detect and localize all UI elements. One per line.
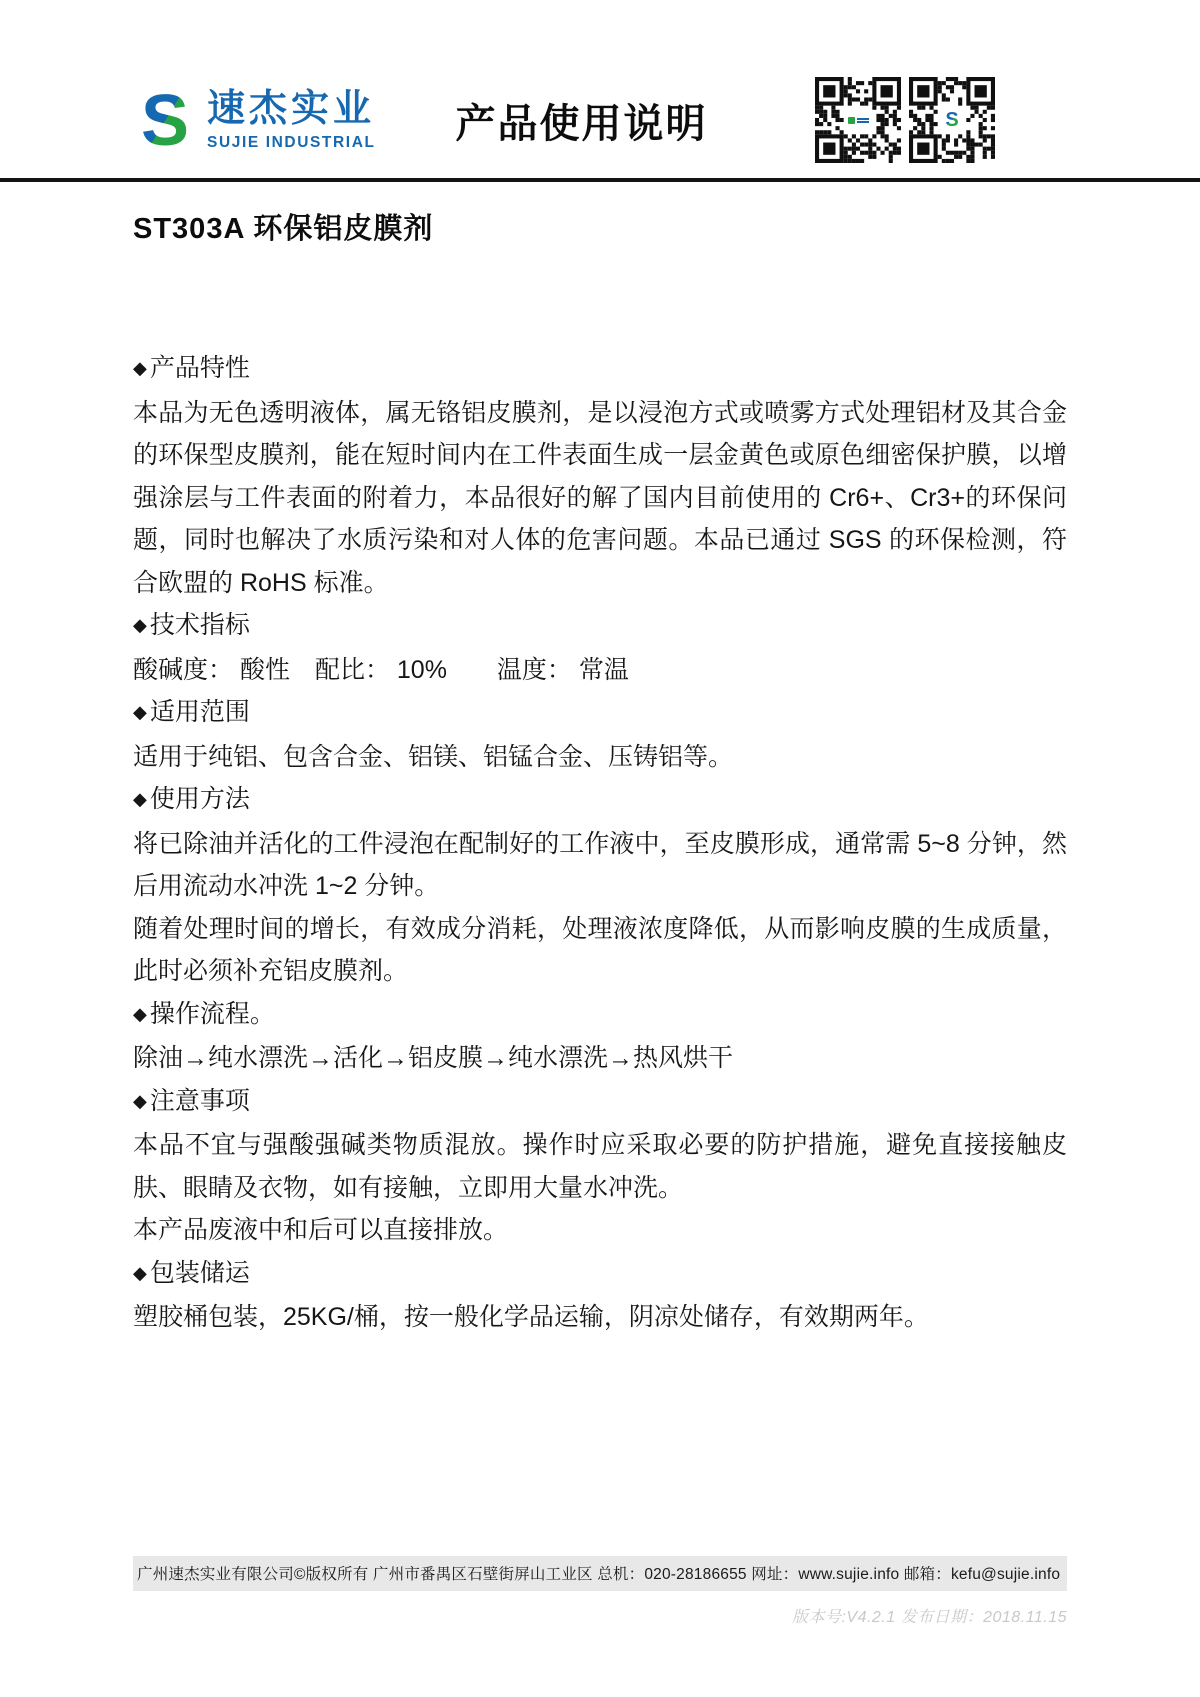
qr-center-s-mark-icon: S	[940, 108, 964, 132]
paragraph: 酸碱度： 酸性 配比： 10% 温度： 常温	[133, 649, 1067, 692]
svg-text:S: S	[141, 85, 189, 155]
section-heading-text: 技术指标	[150, 611, 250, 639]
brand-name-chinese: 速杰实业	[207, 90, 376, 130]
paragraph: 随着处理时间的增长，有效成分消耗，处理液浓度降低，从而影响皮膜的生成质量，此时必…	[133, 908, 1067, 993]
paragraph: 塑胶桶包装，25KG/桶，按一般化学品运输，阴凉处储存，有效期两年。	[133, 1296, 1067, 1339]
section-heading-operation-process: ◆操作流程。	[133, 993, 1067, 1038]
qr-center-logo-badge	[845, 112, 871, 128]
page-header: S 速杰实业 SUJIE INDUSTRIAL 产品使用说明 S	[0, 0, 1200, 182]
badge-text-lines-icon	[857, 118, 869, 123]
paragraph: 本品不宜与强酸强碱类物质混放。操作时应采取必要的防护措施，避免直接接触皮肤、眼睛…	[133, 1124, 1067, 1209]
brand-name-english: SUJIE INDUSTRIAL	[207, 135, 376, 151]
diamond-bullet-icon: ◆	[133, 1091, 147, 1111]
badge-green-dot-icon	[848, 117, 855, 124]
footer-company-bar: 广州速杰实业有限公司©版权所有 广州市番禺区石壁街屏山工业区 总机：020-28…	[133, 1556, 1067, 1591]
section-heading-usage-method: ◆使用方法	[133, 778, 1067, 823]
document-page: S 速杰实业 SUJIE INDUSTRIAL 产品使用说明 S	[0, 0, 1200, 1697]
logo-wordmark: 速杰实业 SUJIE INDUSTRIAL	[207, 90, 376, 150]
diamond-bullet-icon: ◆	[133, 702, 147, 722]
qr-code-group: S	[815, 77, 995, 163]
section-heading-text: 注意事项	[150, 1087, 250, 1115]
diamond-bullet-icon: ◆	[133, 789, 147, 809]
page-title: 产品使用说明	[388, 92, 815, 149]
diamond-bullet-icon: ◆	[133, 358, 147, 378]
product-title: ST303A 环保铝皮膜剂	[133, 206, 1067, 247]
paragraph: 本产品废液中和后可以直接排放。	[133, 1209, 1067, 1252]
section-heading-text: 操作流程。	[150, 1000, 275, 1028]
paragraph: 本品为无色透明液体，属无铬铝皮膜剂，是以浸泡方式或喷雾方式处理铝材及其合金的环保…	[133, 392, 1067, 605]
diamond-bullet-icon: ◆	[133, 1004, 147, 1024]
sujie-s-logo-icon: S	[133, 85, 197, 155]
section-heading-precautions: ◆注意事项	[133, 1080, 1067, 1125]
footer-version-line: 版本号:V4.2.1 发布日期：2018.11.15	[792, 1604, 1067, 1627]
document-body: ST303A 环保铝皮膜剂 ◆产品特性 本品为无色透明液体，属无铬铝皮膜剂，是以…	[0, 0, 1200, 1339]
body-text: ◆产品特性 本品为无色透明液体，属无铬铝皮膜剂，是以浸泡方式或喷雾方式处理铝材及…	[133, 347, 1067, 1339]
section-heading-applicable-scope: ◆适用范围	[133, 691, 1067, 736]
section-heading-technical-specs: ◆技术指标	[133, 604, 1067, 649]
diamond-bullet-icon: ◆	[133, 1263, 147, 1283]
diamond-bullet-icon: ◆	[133, 615, 147, 635]
qr-code-left	[815, 77, 901, 163]
paragraph: 适用于纯铝、包含合金、铝镁、铝锰合金、压铸铝等。	[133, 736, 1067, 779]
qr-code-right: S	[909, 77, 995, 163]
section-heading-text: 适用范围	[150, 698, 250, 726]
paragraph: 将已除油并活化的工件浸泡在配制好的工作液中，至皮膜形成，通常需 5~8 分钟，然…	[133, 823, 1067, 908]
section-heading-text: 使用方法	[150, 785, 250, 813]
section-heading-text: 包装储运	[150, 1259, 250, 1287]
paragraph: 除油→纯水漂洗→活化→铝皮膜→纯水漂洗→热风烘干	[133, 1037, 1067, 1080]
section-heading-packaging-storage: ◆包装储运	[133, 1252, 1067, 1297]
section-heading-text: 产品特性	[150, 354, 250, 382]
section-heading-product-features: ◆产品特性	[133, 347, 1067, 392]
company-logo: S 速杰实业 SUJIE INDUSTRIAL	[133, 85, 388, 155]
